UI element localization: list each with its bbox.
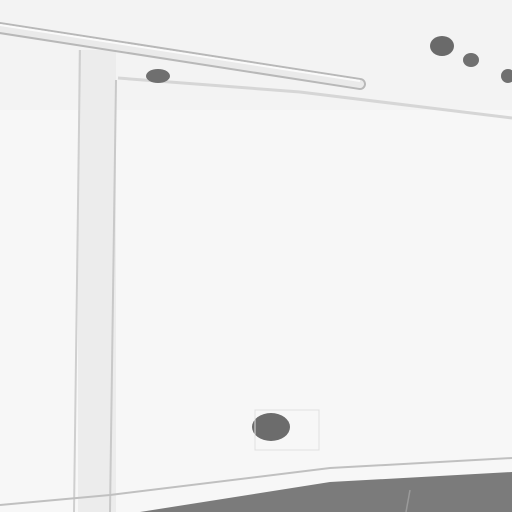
wall-patch <box>463 53 479 67</box>
upper-wall <box>0 0 512 110</box>
wall-photo <box>0 0 512 512</box>
wall-patch <box>252 413 290 441</box>
wall-patch <box>146 69 170 83</box>
wall-drawing <box>0 0 512 512</box>
wall-patch <box>430 36 454 56</box>
